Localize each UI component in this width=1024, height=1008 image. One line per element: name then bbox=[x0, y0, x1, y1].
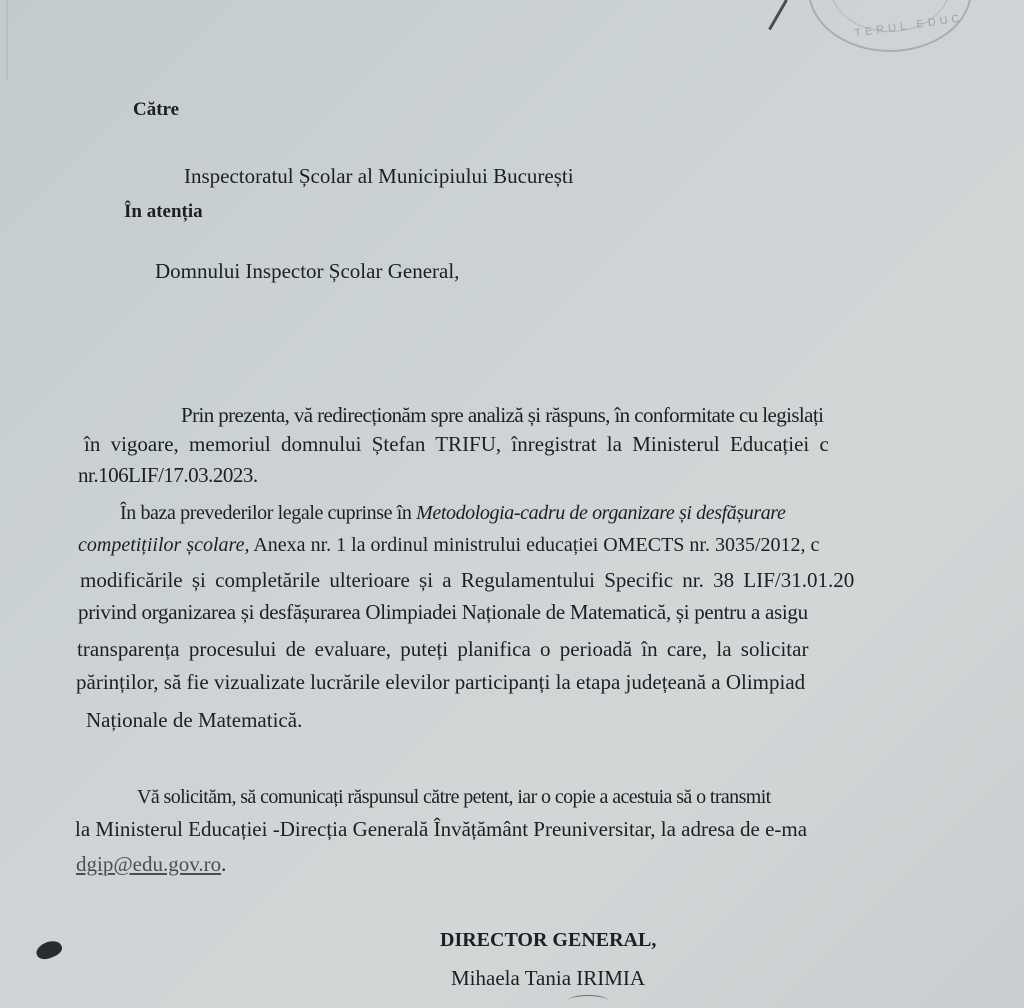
signature-title: DIRECTOR GENERAL, bbox=[440, 929, 656, 952]
paragraph-3-line-2: la Ministerul Educației -Direcția Genera… bbox=[75, 817, 807, 842]
paragraph-2-line-1: În baza prevederilor legale cuprinse în … bbox=[120, 502, 785, 525]
catre-label: Către bbox=[133, 99, 179, 121]
attention-label: În atenția bbox=[124, 201, 203, 223]
paragraph-3-line-1: Vă solicităm, să comunicați răspunsul că… bbox=[137, 786, 771, 809]
paragraph-2-italic-end: competițiilor școlare, bbox=[78, 534, 249, 556]
paragraph-1-line-2: în vigoare, memoriul domnului Ștefan TRI… bbox=[84, 432, 829, 457]
paragraph-2-line-2-rest: Anexa nr. 1 la ordinul ministrului educa… bbox=[249, 534, 819, 556]
signature-stroke bbox=[768, 0, 788, 30]
signature-name: Mihaela Tania IRIMIA bbox=[451, 966, 645, 991]
ink-blot bbox=[34, 937, 64, 962]
paragraph-2-line-7: Naționale de Matematică. bbox=[86, 708, 302, 733]
official-stamp: TERUL EDUC bbox=[808, 0, 972, 52]
paragraph-2-line-5: transparența procesului de evaluare, put… bbox=[77, 637, 808, 662]
paragraph-2-line-4: privind organizarea și desfășurarea Olim… bbox=[78, 600, 808, 625]
paragraph-2-italic-title: Metodologia-cadru de organizare și desfă… bbox=[416, 502, 785, 524]
paragraph-2-prefix: În baza prevederilor legale cuprinse în bbox=[120, 502, 416, 524]
addressee: Domnului Inspector Școlar General, bbox=[155, 259, 459, 284]
recipient: Inspectoratul Școlar al Municipiului Buc… bbox=[184, 164, 574, 189]
email-suffix: . bbox=[221, 852, 226, 876]
email-link[interactable]: dgip@edu.gov.ro bbox=[76, 852, 221, 876]
paragraph-2-line-6: părinților, să fie vizualizate lucrările… bbox=[76, 670, 805, 695]
handwritten-signature bbox=[568, 995, 608, 1006]
page-edge bbox=[6, 0, 8, 80]
paragraph-2-line-2: competițiilor școlare, Anexa nr. 1 la or… bbox=[78, 534, 819, 557]
paragraph-1-line-1: Prin prezenta, vă redirecționăm spre ana… bbox=[181, 403, 823, 428]
paragraph-2-line-3: modificările și completările ulterioare … bbox=[80, 568, 854, 593]
paragraph-3-line-3: dgip@edu.gov.ro. bbox=[76, 852, 226, 877]
paragraph-1-line-3: nr.106LIF/17.03.2023. bbox=[78, 463, 258, 488]
